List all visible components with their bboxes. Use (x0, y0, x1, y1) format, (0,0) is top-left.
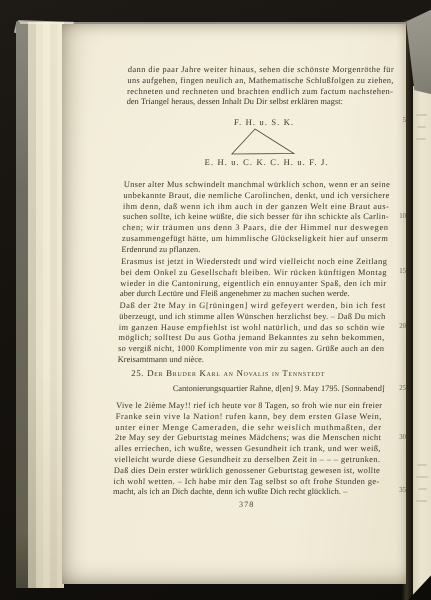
ghost-text-mark (417, 126, 426, 128)
margin-line-number-25: 25 (392, 385, 406, 392)
ghost-text-mark (416, 500, 427, 502)
cover-edge-strip (16, 22, 28, 588)
page-edge-strip (28, 22, 36, 588)
ghost-text-mark (416, 476, 428, 478)
paragraph-3: Erasmus ist jetzt in Wiederstedt und wir… (120, 257, 390, 300)
book-page: dann die paar Jahre weiter hinaus, sehen… (62, 24, 406, 584)
page-text-layer: dann die paar Jahre weiter hinaus, sehen… (44, 24, 408, 584)
paragraph-2: Unser alter Mus schwindelt manchmal würk… (121, 180, 392, 256)
margin-line-number-5: 5 (392, 117, 406, 124)
ghost-text-mark (416, 114, 427, 116)
letter-dateline: Cantonierungsquartier Rahne, d[en] 9. Ma… (117, 384, 385, 393)
page-number: 378 (176, 500, 316, 509)
margin-line-number-35: 35 (392, 487, 406, 494)
page-edge-strip (36, 22, 43, 588)
margin-line-number-15: 15 (392, 268, 406, 275)
ghost-text-mark (418, 488, 427, 490)
margin-line-number-20: 20 (392, 323, 406, 330)
book-photo: dann die paar Jahre weiter hinaus, sehen… (0, 0, 431, 600)
margin-line-number-10: 10 (392, 213, 406, 220)
page-top-edge-highlight (20, 22, 406, 24)
section-heading: 25. Der Bruder Karl an Novalis in Tennst… (131, 368, 325, 378)
triangle-diagram (229, 127, 300, 157)
paragraph-1: dann die paar Jahre weiter hinaus, sehen… (126, 65, 396, 108)
paragraph-5: Vive le 2ième May!! rief ich heute vor 8… (113, 401, 384, 498)
facing-page-edge (413, 86, 431, 600)
relationship-formula-bottom: E. H. u. C. K. C. H. u. F. J. (204, 157, 328, 167)
ghost-text-mark (416, 138, 426, 140)
relationship-formula-top: F. H. u. S. K. (234, 117, 295, 127)
paragraph-4: Daß der 2te May in G[rüningen] wird gefe… (117, 301, 387, 366)
margin-line-number-30: 30 (392, 434, 406, 441)
ghost-text-mark (417, 464, 427, 466)
